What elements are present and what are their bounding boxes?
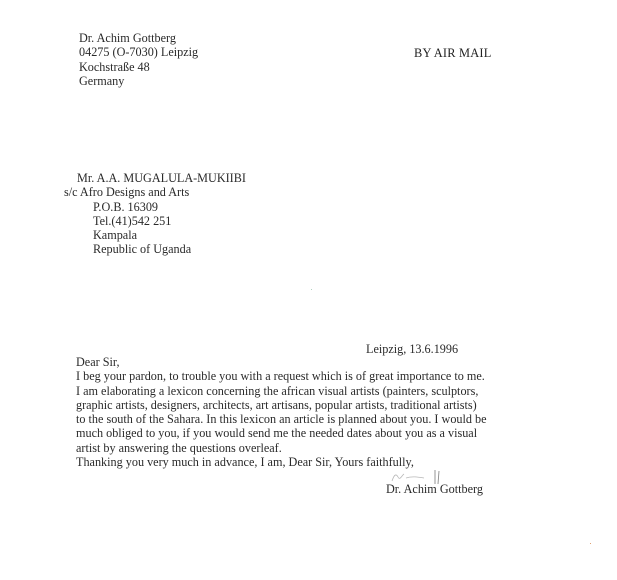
scan-speck (590, 543, 591, 544)
salutation: Dear Sir, (76, 355, 487, 369)
letter-body: Dear Sir, I beg your pardon, to trouble … (76, 355, 487, 469)
air-mail-label: BY AIR MAIL (414, 46, 491, 60)
sender-address: Dr. Achim Gottberg 04275 (O-7030) Leipzi… (79, 31, 198, 88)
sender-name: Dr. Achim Gottberg (79, 31, 198, 45)
recipient-pobox: P.O.B. 16309 (64, 200, 246, 214)
signature-name: Dr. Achim Gottberg (386, 482, 483, 496)
body-line: graphic artists, designers, architects, … (76, 398, 487, 412)
recipient-address: Mr. A.A. MUGALULA-MUKIIBI s/c Afro Desig… (64, 171, 246, 257)
body-line: artist by answering the questions overle… (76, 441, 487, 455)
body-line: I beg your pardon, to trouble you with a… (76, 369, 487, 383)
sender-country: Germany (79, 74, 198, 88)
closing-line: Thanking you very much in advance, I am,… (76, 455, 487, 469)
recipient-company: s/c Afro Designs and Arts (64, 185, 246, 199)
body-line: I am elaborating a lexicon concerning th… (76, 384, 487, 398)
recipient-name: Mr. A.A. MUGALULA-MUKIIBI (64, 171, 246, 185)
recipient-city: Kampala (64, 228, 246, 242)
body-line: to the south of the Sahara. In this lexi… (76, 412, 487, 426)
sender-street: Kochstraße 48 (79, 60, 198, 74)
body-line: much obliged to you, if you would send m… (76, 426, 487, 440)
sender-postcode-city: 04275 (O-7030) Leipzig (79, 45, 198, 59)
scan-speck (311, 289, 312, 290)
recipient-country: Republic of Uganda (64, 242, 246, 256)
recipient-phone: Tel.(41)542 251 (64, 214, 246, 228)
